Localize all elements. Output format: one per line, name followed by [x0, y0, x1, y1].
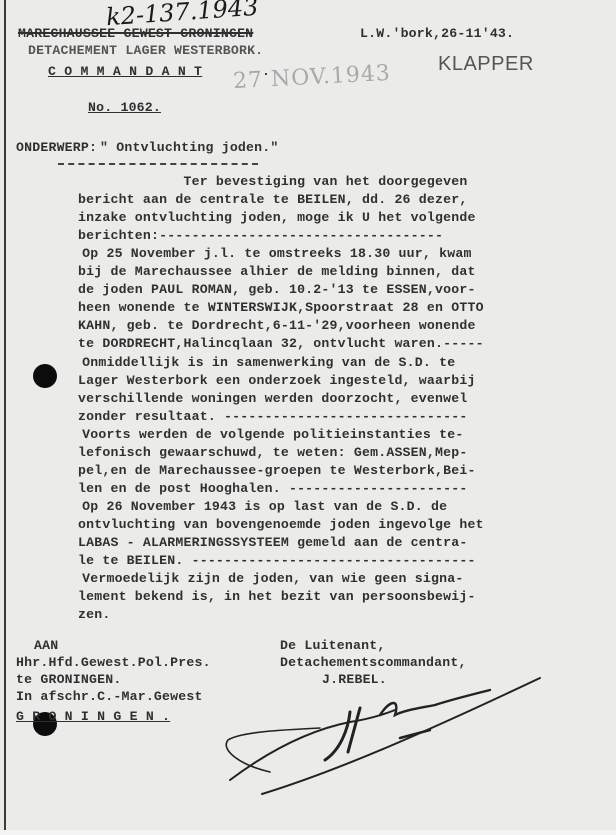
- body-line: inzake ontvluchting joden, moge ik U het…: [78, 210, 476, 226]
- letterhead-detachment: DETACHEMENT LAGER WESTERBORK.: [28, 43, 263, 59]
- body-line: verschillende woningen werden doorzocht,…: [78, 391, 467, 407]
- handwritten-signature: [200, 660, 560, 835]
- signature-rank: De Luitenant,: [280, 638, 385, 654]
- punch-hole: [33, 364, 57, 388]
- body-line: zonder resultaat. ----------------------…: [78, 409, 467, 425]
- recipient-line3: In afschr.C.-Mar.Gewest: [16, 689, 203, 705]
- subject-label: ONDERWERP:: [16, 140, 97, 156]
- body-line: len en de post Hooghalen. --------------…: [78, 481, 467, 497]
- body-line: lefonisch gewaarschuwd, te weten: Gem.AS…: [78, 445, 467, 461]
- body-line: KAHN, geb. te Dordrecht,6-11-'29,voorhee…: [78, 318, 476, 334]
- subject-underline: [58, 163, 258, 165]
- recipient-line1: Hhr.Hfd.Gewest.Pol.Pres.: [16, 655, 211, 671]
- body-line: Op 26 November 1943 is op last van de S.…: [74, 499, 447, 515]
- body-line: Ter bevestiging van het doorgegeven: [78, 174, 467, 190]
- recipient-line2: te GRONINGEN.: [16, 672, 121, 688]
- body-line: Onmiddellijk is in samenwerking van de S…: [74, 355, 455, 371]
- body-line: Lager Westerbork een onderzoek ingesteld…: [78, 373, 476, 389]
- body-line: ontvluchting van bovengenoemde joden ing…: [78, 517, 484, 533]
- body-line: Vermoedelijk zijn de joden, van wie geen…: [74, 571, 463, 587]
- body-line: heen wonende te WINTERSWIJK,Spoorstraat …: [78, 300, 484, 316]
- letterhead-struck-line: MARECHAUSSEE GEWEST GRONINGEN: [18, 26, 253, 42]
- body-line: lement bekend is, in het bezit van perso…: [78, 589, 476, 605]
- body-line: de joden PAUL ROMAN, geb. 10.2-'13 te ES…: [78, 282, 476, 298]
- body-line: pel,en de Marechaussee-groepen te Wester…: [78, 463, 476, 479]
- recipient-line4: G R O N I N G E N .: [16, 709, 170, 725]
- body-line: berichten:------------------------------…: [78, 228, 443, 244]
- body-line: LABAS - ALARMERINGSSYSTEEM gemeld aan de…: [78, 535, 467, 551]
- recipient-aan: AAN: [34, 638, 58, 654]
- body-line: zen.: [78, 607, 110, 623]
- letterhead-commandant: C O M M A N D A N T: [48, 64, 202, 80]
- body-line: le te BEILEN. --------------------------…: [78, 553, 476, 569]
- body-line: bij de Marechaussee alhier de melding bi…: [78, 264, 476, 280]
- place-date: L.W.'bork,26-11'43.: [360, 26, 514, 42]
- body-line: Op 25 November j.l. te omstreeks 18.30 u…: [74, 246, 472, 262]
- document-number: No. 1062.: [88, 100, 161, 116]
- subject-text: " Ontvluchting joden.": [100, 140, 279, 156]
- body-line: te DORDRECHT,Halincqlaan 32, ontvlucht w…: [78, 336, 484, 352]
- klapper-stamp: KLAPPER: [438, 53, 534, 76]
- body-line: Voorts werden de volgende politieinstant…: [74, 427, 463, 443]
- body-line: bericht aan de centrale te BEILEN, dd. 2…: [78, 192, 467, 208]
